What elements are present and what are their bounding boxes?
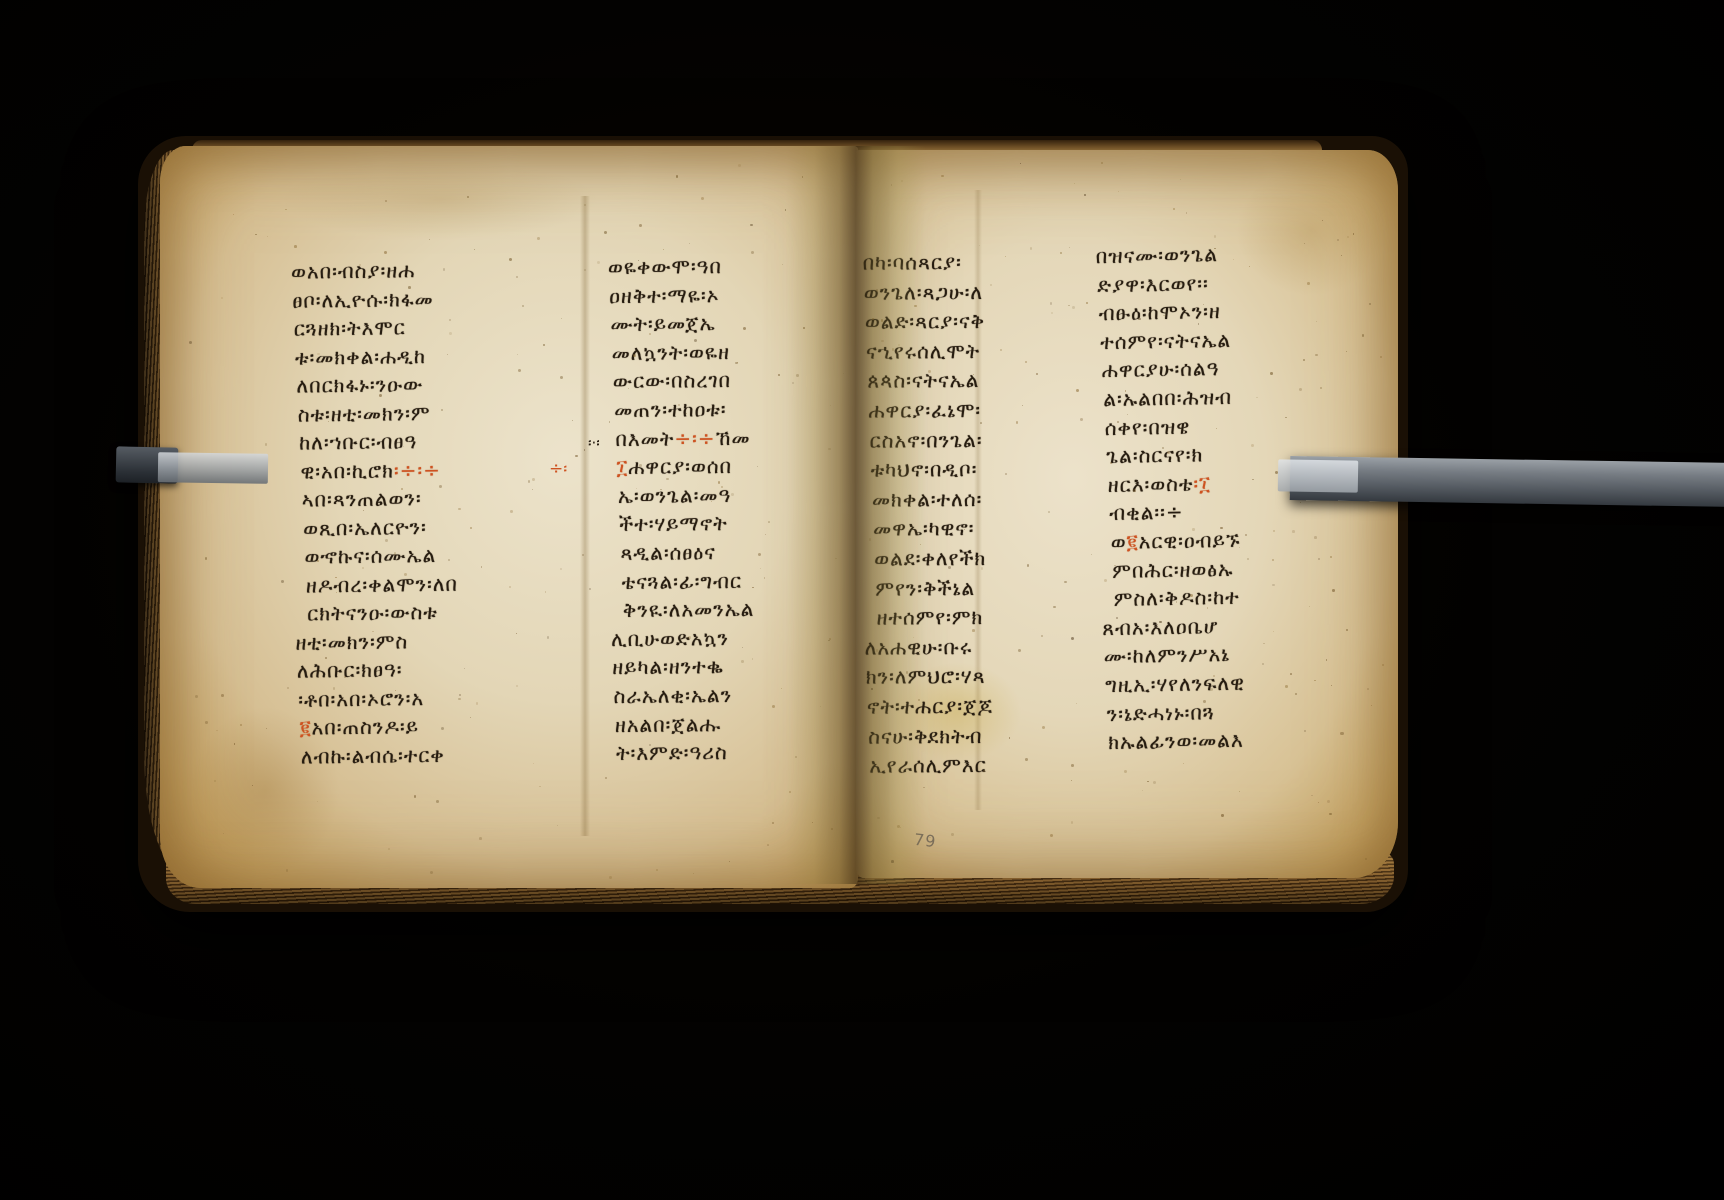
parchment-speck — [738, 164, 741, 167]
black-ink-segment: ግዚኢ፡ሃየለንፍለዊ — [1105, 671, 1245, 697]
parchment-speck — [663, 249, 664, 250]
black-ink-segment: ዘዶብረ፡ቀልሞን፡ለበ — [306, 571, 458, 597]
black-ink-segment: ድያዋ፡እርወየ፡፡ — [1097, 271, 1209, 297]
parchment-speck — [1101, 162, 1103, 164]
parchment-speck — [233, 214, 234, 215]
text-line: ስቱ፡ዘቲ፡መክን፡ም — [298, 397, 568, 429]
black-ink-segment: ወጺበ፡ኤለርዮን፡ — [303, 515, 427, 541]
parchment-speck — [1084, 194, 1086, 196]
black-ink-segment: ጻዲል፡ሰፀዕና — [620, 540, 716, 565]
text-line: ስራኤለቂ፡ኤልን — [614, 680, 854, 711]
black-ink-segment: ዘቲ፡መክን፡ምስ — [295, 629, 408, 654]
black-ink-segment: ርክትናንዑ፡ውስቱ — [307, 600, 438, 626]
parchment-speck — [221, 297, 223, 299]
text-line: ቱ፡መክቀል፡ሐዲከ — [295, 340, 565, 372]
black-ink-segment: ብፁዕ፡ከሞኦን፡ዘ — [1099, 299, 1221, 325]
black-ink-segment: ኖት፡ተሐርያ፡ጀጆ — [867, 694, 993, 719]
text-line: ን፡ኔድሓነኑ፡በጓ — [1107, 695, 1347, 728]
parchment-speck — [605, 777, 608, 780]
parchment-speck — [384, 251, 387, 254]
parchment-speck — [286, 869, 289, 872]
parchment-speck — [414, 795, 417, 798]
parchment-speck — [1347, 236, 1349, 238]
parchment-speck — [729, 861, 730, 862]
rubric-red-segment: ÷፡÷ — [674, 426, 715, 450]
parchment-speck — [785, 209, 787, 211]
black-ink-segment: ሊቢሁወድአኳን — [611, 626, 729, 651]
black-ink-segment: ኤ፡ወንጌል፡መዓ — [618, 483, 732, 508]
black-ink-segment: ን፡ኔድሓነኑ፡በጓ — [1107, 700, 1215, 726]
parchment-speck — [189, 341, 192, 344]
parchment-speck — [877, 817, 880, 820]
parchment-speck — [693, 873, 694, 874]
parchment-speck — [221, 694, 224, 697]
parchment-speck — [689, 243, 690, 244]
parchment-speck — [575, 455, 578, 458]
parchment-speck — [266, 728, 267, 729]
black-ink-segment: ጌል፡ስርናየ፡ክ — [1106, 443, 1203, 469]
parchment-speck — [1118, 191, 1119, 192]
parchment-speck — [979, 245, 981, 247]
text-line: ዘተሰምየ፡ምክ — [876, 602, 1116, 633]
black-ink-segment: ናኂየሩሰሊሞት — [866, 339, 980, 364]
rubric-red-segment: ፪ — [1126, 529, 1138, 553]
parchment-speck — [429, 239, 431, 241]
text-line: ምየን፡ቅችኔል — [875, 573, 1115, 604]
text-line: ናኂየሩሰሊሞት — [866, 336, 1106, 367]
black-ink-segment: ሐዋርያሁ፡ሰልዓ — [1102, 356, 1220, 382]
black-ink-segment: ዘርእ፡ወስቴ — [1108, 471, 1194, 496]
text-line: ስናሁ፡ቅደክትብ — [868, 721, 1108, 752]
text-line: ፲ሐዋርያ፡ወሰበ — [617, 451, 857, 482]
right-page-column-1: በካ፡ባሰጻርያ፡ወንጌለ፡ጻጋሁ፡ለወልድ፡ጻርያ፡ናቅናኂየሩሰሊሞትጰጳስ… — [869, 247, 1112, 781]
text-line: ሙ፡ከለምንሥአኔ — [1104, 638, 1344, 671]
text-line: ወጺበ፡ኤለርዮን፡ — [303, 511, 573, 543]
text-line: ዘይካል፡ዘንተቈ — [612, 651, 852, 682]
parchment-speck — [802, 176, 804, 178]
parchment-speck — [891, 860, 894, 863]
text-line: ት፡እምድ፡ዓሪስ — [616, 737, 856, 768]
parchment-speck — [436, 800, 439, 803]
black-ink-segment: ምበሕር፡ዘወፅኡ — [1112, 556, 1234, 582]
black-ink-segment: አበ፡ጠስንዶ፡ይ — [311, 714, 419, 739]
black-ink-segment: ሰቀየ፡በዝዌ — [1105, 414, 1191, 439]
text-line: ፀቦ፡ለኢዮሱ፡ክፋመ — [292, 283, 562, 315]
black-ink-segment: ወዬቀውሞ፡ዓበ — [608, 254, 722, 279]
text-line: ኖት፡ተሐርያ፡ጀጆ — [867, 691, 1107, 722]
black-ink-segment: ሐዋርያ፡ፈኔሞ፡ — [868, 398, 981, 423]
parchment-speck — [385, 200, 387, 202]
rubric-red-segment: ፡፲ — [1193, 471, 1211, 495]
black-ink-segment: ቅንዪ፡ለአመንኤል — [623, 597, 755, 622]
parchment-speck — [216, 730, 218, 732]
black-ink-segment: ል፡ኡልበበ፡ሕዝብ — [1103, 385, 1232, 411]
black-ink-segment: ርጓዘክ፡ትእሞር — [294, 315, 406, 340]
parchment-speck — [1311, 795, 1313, 797]
black-ink-segment: ተሰምየ፡ናትናኤል — [1100, 328, 1231, 354]
parchment-speck — [941, 175, 943, 177]
text-line: በዝናሙ፡ወንጌል — [1096, 238, 1336, 271]
black-ink-segment: ጸብአ፡እለዐቤሆ — [1102, 614, 1219, 640]
parchment-speck — [582, 554, 584, 556]
black-ink-segment: ስራኤለቂ፡ኤልን — [614, 683, 733, 708]
parchment-speck — [537, 237, 540, 240]
text-line: መለኳንት፡ወዬዘ — [612, 337, 852, 368]
parchment-speck — [639, 224, 642, 227]
text-line: መጠን፡ተከዐቱ፡ — [614, 394, 854, 425]
parchment-speck — [1369, 303, 1371, 305]
text-line: ዐዘቅተ፡ማዬ፡ኦ — [609, 280, 849, 311]
parchment-speck — [584, 449, 585, 450]
text-line: ለሕቡር፡ክፀዓ፡ — [297, 653, 567, 685]
photo-black-background: ወአበ፡ብስያ፡ዘሐፀቦ፡ለኢዮሱ፡ክፋመርጓዘክ፡ትእሞርቱ፡መክቀል፡ሐዲከ… — [0, 0, 1724, 1200]
parchment-speck — [767, 844, 769, 846]
parchment-speck — [265, 443, 268, 446]
parchment-speck — [1020, 163, 1022, 165]
black-ink-segment: ለበርክፋኑ፡ንዑው — [296, 372, 423, 398]
parchment-speck — [1173, 208, 1175, 210]
black-ink-segment: ወ — [1111, 530, 1127, 554]
black-ink-segment: ለሕቡር፡ክፀዓ፡ — [297, 657, 403, 682]
parchment-speck — [604, 231, 607, 234]
parchment-speck — [891, 184, 892, 185]
parchment-speck — [584, 204, 586, 206]
parchment-speck — [1382, 664, 1384, 666]
text-line: ቱካህኖ፡በዲቦ፡ — [871, 455, 1111, 486]
black-ink-segment: ሐዋርያ፡ወሰበ — [628, 454, 732, 479]
parchment-speck — [195, 695, 198, 698]
text-line: ውርው፡በስረገበ — [613, 365, 853, 396]
text-line: ዘዶብረ፡ቀልሞን፡ለበ — [306, 568, 576, 600]
black-ink-segment: ፡ቶበ፡አበ፡ኦሮን፡አ — [298, 686, 424, 712]
parchment-speck — [597, 261, 600, 264]
rubric-red-segment: ፪ — [299, 716, 311, 740]
parchment-speck — [589, 588, 591, 590]
text-line: ቅንዪ፡ለአመንኤል — [623, 594, 858, 625]
text-line: ወዬቀውሞ፡ዓበ — [608, 251, 848, 282]
text-line: ርጓዘክ፡ትእሞር — [294, 311, 564, 343]
right-cradle-clamp-tip — [1278, 459, 1358, 492]
text-line: ከለ፡ኀቡር፡ብፀዓ — [299, 425, 569, 457]
parchment-speck — [1153, 781, 1156, 784]
text-line: ወንጌለ፡ጻጋሁ፡ለ — [864, 277, 1104, 308]
parchment-speck — [1329, 813, 1331, 815]
parchment-speck — [1147, 781, 1149, 783]
parchment-speck — [1380, 356, 1382, 358]
page-crease — [580, 196, 590, 836]
parchment-speck — [609, 876, 612, 879]
text-line: ለብኩ፡ልብሴ፡ተርቀ — [301, 739, 571, 771]
black-ink-segment: ከለ፡ኀቡር፡ብፀዓ — [299, 429, 417, 454]
text-line: ሊቢሁወድአኳን — [611, 623, 851, 654]
rubric-red-segment: ፡÷፡÷ — [394, 457, 441, 482]
parchment-speck — [1221, 814, 1223, 816]
parchment-speck — [923, 787, 924, 788]
text-line: ኢየራሰሊምእር — [869, 750, 1109, 781]
parchment-speck — [1367, 688, 1369, 690]
parchment-speck — [1371, 705, 1373, 707]
parchment-speck — [430, 871, 433, 874]
left-page-column-2: ወዬቀውሞ፡ዓበዐዘቅተ፡ማዬ፡ኦሙት፡ይመጀኤመለኳንት፡ወዬዘውርው፡በስረ… — [614, 251, 858, 768]
parchment-speck — [1365, 858, 1368, 861]
text-line: ወልድ፡ጻርያ፡ናቅ — [865, 307, 1105, 338]
parchment-speck — [294, 245, 297, 248]
text-line: ወ፪አርዊ፡ዐብይኙ — [1111, 524, 1351, 557]
black-ink-segment: ምየን፡ቅችኔል — [875, 576, 975, 601]
parchment-speck — [901, 180, 903, 182]
parchment-speck — [656, 869, 658, 871]
text-line: ክን፡ለምህሮ፡ሃጻ — [866, 662, 1106, 693]
black-ink-segment: መጠን፡ተከዐቱ፡ — [614, 397, 727, 422]
parchment-speck — [789, 791, 791, 793]
parchment-speck — [900, 827, 901, 828]
black-ink-segment: ዊ፡አበ፡ኪሮክ — [300, 458, 394, 483]
parchment-speck — [772, 822, 774, 824]
black-ink-segment: ቴናጓል፡ፊ፡ግብር — [622, 568, 743, 593]
text-line: ክኡልፊንወ፡መልእ — [1108, 724, 1348, 757]
text-line: ችተ፡ሃይማኖት — [619, 508, 858, 539]
text-line: መክቀል፡ተለሰ፡ — [872, 484, 1112, 515]
black-ink-segment: በእመት — [615, 426, 674, 451]
parchment-speck — [1074, 183, 1076, 185]
text-line: መዋኤ፡ካዊኖ፡ — [873, 514, 1113, 545]
parchment-speck — [240, 724, 242, 726]
black-ink-segment: አርዊ፡ዐብይኙ — [1138, 528, 1240, 554]
black-ink-segment: ወንጌለ፡ጻጋሁ፡ለ — [864, 280, 983, 305]
black-ink-segment: መዋኤ፡ካዊኖ፡ — [873, 516, 975, 541]
text-line: ምበሕር፡ዘወፅኡ — [1112, 552, 1352, 585]
black-ink-segment: ኸመ — [715, 425, 750, 449]
text-line: ግዚኢ፡ሃየለንፍለዊ — [1105, 667, 1345, 700]
text-line: በእመት÷፡÷ኸመ — [615, 423, 855, 454]
text-line: ምስለ፡ቅዶስ፡ከተ — [1114, 581, 1354, 614]
black-ink-segment: ቱ፡መክቀል፡ሐዲከ — [295, 344, 426, 370]
parchment-speck — [223, 833, 225, 835]
pencil-folio-number: 79 — [913, 830, 937, 851]
right-parchment-page: በካ፡ባሰጻርያ፡ወንጌለ፡ጻጋሁ፡ለወልድ፡ጻርያ፡ናቅናኂየሩሰሊሞትጰጳስ… — [856, 150, 1398, 878]
text-line: ወአበ፡ብስያ፡ዘሐ — [291, 254, 561, 286]
left-parchment-page: ወአበ፡ብስያ፡ዘሐፀቦ፡ለኢዮሱ፡ክፋመርጓዘክ፡ትእሞርቱ፡መክቀል፡ሐዲከ… — [160, 146, 858, 888]
parchment-speck — [1239, 791, 1240, 792]
black-ink-segment: ብቂል፡፡÷ — [1109, 500, 1184, 525]
parchment-speck — [285, 209, 287, 211]
black-ink-segment: ወልደ፡ቀለየችክ — [874, 546, 986, 571]
black-ink-segment: ፀቦ፡ለኢዮሱ፡ክፋመ — [292, 287, 434, 313]
left-cradle-clamp-blade — [158, 452, 268, 484]
parchment-speck — [287, 687, 289, 689]
text-line: ጸብአ፡እለዐቤሆ — [1102, 610, 1342, 643]
black-ink-segment: ክን፡ለምህሮ፡ሃጻ — [866, 664, 986, 689]
text-line: ቴናጓል፡ፊ፡ግብር — [622, 565, 858, 596]
text-line: ርክትናንዑ፡ውስቱ — [307, 596, 577, 628]
black-ink-segment: ዘአልበ፡ጀልሑ — [615, 712, 722, 737]
black-ink-segment: ስቱ፡ዘቲ፡መክን፡ም — [298, 401, 431, 427]
parchment-speck — [539, 786, 541, 788]
black-ink-segment: ርስአኖ፡በንጌል፡ — [870, 428, 983, 453]
black-ink-segment: መለኳንት፡ወዬዘ — [612, 340, 731, 365]
parchment-speck — [951, 833, 954, 836]
parchment-speck — [557, 825, 558, 826]
text-line: ል፡ኡልበበ፡ሕዝብ — [1103, 381, 1343, 414]
marginal-mark-red-rubric: ÷፡ — [549, 459, 567, 479]
parchment-speck — [474, 249, 475, 250]
text-line: ጰጳስ፡ናትናኤል — [867, 366, 1107, 397]
parchment-speck — [1071, 821, 1073, 823]
parchment-speck — [750, 224, 753, 227]
text-line: ወልደ፡ቀለየችክ — [874, 543, 1114, 574]
parchment-speck — [205, 721, 208, 724]
black-ink-segment: ውርው፡በስረገበ — [613, 368, 731, 393]
black-ink-segment: ኣበ፡ጻንጠልወን፡ — [302, 486, 422, 511]
parchment-speck — [1327, 800, 1330, 803]
text-line: ሐዋርያ፡ፈኔሞ፡ — [868, 395, 1108, 426]
black-ink-segment: ቱካህኖ፡በዲቦ፡ — [871, 457, 978, 482]
parchment-speck — [584, 269, 586, 271]
black-ink-segment: ዘይካል፡ዘንተቈ — [612, 654, 724, 679]
parchment-speck — [1346, 351, 1347, 352]
black-ink-segment: ወኆኩና፡ሰሙኤል — [304, 543, 436, 569]
parchment-speck — [1180, 179, 1181, 180]
text-line: ኤ፡ወንጌል፡መዓ — [618, 480, 858, 511]
parchment-speck — [214, 780, 216, 782]
parchment-speck — [234, 743, 235, 744]
text-line: በካ፡ባሰጻርያ፡ — [863, 247, 1103, 278]
text-line: ኣበ፡ጻንጠልወን፡ — [302, 482, 572, 514]
parchment-speck — [812, 822, 813, 823]
text-line: ብፁዕ፡ከሞኦን፡ዘ — [1099, 295, 1339, 328]
parchment-speck — [205, 557, 208, 560]
black-ink-segment: ለብኩ፡ልብሴ፡ተርቀ — [301, 742, 445, 768]
parchment-speck — [1353, 233, 1355, 235]
text-line: ዘአልበ፡ጀልሑ — [615, 708, 855, 739]
text-line: ድያዋ፡እርወየ፡፡ — [1097, 267, 1337, 300]
black-ink-segment: መክቀል፡ተለሰ፡ — [872, 487, 983, 512]
text-line: ፪አበ፡ጠስንዶ፡ይ — [299, 710, 569, 742]
text-line: ለበርክፋኑ፡ንዑው — [296, 368, 566, 400]
text-line: ዘቲ፡መክን፡ምስ — [295, 625, 565, 657]
black-ink-segment: በዝናሙ፡ወንጌል — [1096, 242, 1219, 268]
text-line: ፡ቶበ፡አበ፡ኦሮን፡አ — [298, 682, 568, 714]
parchment-speck — [676, 175, 678, 177]
text-line: ሐዋርያሁ፡ሰልዓ — [1102, 352, 1342, 385]
rubric-red-segment: ፲ — [617, 455, 629, 479]
black-ink-segment: ጰጳስ፡ናትናኤል — [867, 368, 979, 393]
parchment-speck — [1142, 790, 1143, 791]
parchment-speck — [1362, 334, 1365, 337]
text-line: ሰቀየ፡በዝዌ — [1105, 409, 1345, 442]
parchment-speck — [831, 828, 833, 830]
text-line: ጻዲል፡ሰፀዕና — [620, 537, 858, 568]
parchment-speck — [255, 234, 257, 236]
parchment-speck — [897, 825, 900, 828]
black-ink-segment: ለአሐዊሁ፡ቡሩ — [865, 635, 973, 660]
black-ink-segment: በካ፡ባሰጻርያ፡ — [863, 250, 962, 275]
text-line: ተሰምየ፡ናትናኤል — [1100, 324, 1340, 357]
parchment-speck — [1214, 235, 1217, 238]
parchment-speck — [1318, 802, 1319, 803]
parchment-speck — [701, 197, 704, 200]
black-ink-segment: ት፡እምድ፡ዓሪስ — [616, 740, 728, 765]
parchment-speck — [1050, 834, 1053, 837]
text-line: ሙት፡ይመጀኤ — [610, 308, 850, 339]
parchment-speck — [609, 421, 611, 423]
marginal-mark-black: ፡·፡ — [588, 434, 600, 452]
black-ink-segment: ሙት፡ይመጀኤ — [610, 311, 715, 336]
parchment-speck — [1322, 220, 1324, 222]
parchment-speck — [479, 837, 482, 840]
text-line: ርስአኖ፡በንጌል፡ — [870, 425, 1110, 456]
black-ink-segment: ችተ፡ሃይማኖት — [619, 511, 728, 536]
text-line: ለአሐዊሁ፡ቡሩ — [865, 632, 1105, 663]
black-ink-segment: ስናሁ፡ቅደክትብ — [868, 724, 982, 749]
black-ink-segment: ምስለ፡ቅዶስ፡ከተ — [1114, 585, 1240, 611]
black-ink-segment: ዐዘቅተ፡ማዬ፡ኦ — [609, 283, 719, 308]
parchment-speck — [467, 196, 470, 199]
text-line: ወኆኩና፡ሰሙኤል — [304, 539, 574, 571]
parchment-speck — [267, 236, 269, 238]
parchment-speck — [1183, 763, 1184, 764]
parchment-speck — [1186, 212, 1188, 214]
text-line: ዊ፡አበ፡ኪሮክ፡÷፡÷ — [300, 454, 570, 486]
parchment-speck — [1124, 770, 1127, 773]
black-ink-segment: ሙ፡ከለምንሥአኔ — [1104, 642, 1231, 668]
parchment-speck — [572, 420, 573, 421]
parchment-speck — [388, 848, 390, 850]
black-ink-segment: ወልድ፡ጻርያ፡ናቅ — [865, 309, 985, 334]
black-ink-segment: ዘተሰምየ፡ምክ — [876, 605, 983, 630]
black-ink-segment: ክኡልፊንወ፡መልእ — [1108, 728, 1244, 754]
parchment-speck — [281, 580, 284, 583]
black-ink-segment: ወአበ፡ብስያ፡ዘሐ — [291, 258, 415, 284]
black-ink-segment: ኢየራሰሊምእር — [869, 753, 987, 778]
left-page-column-1: ወአበ፡ብስያ፡ዘሐፀቦ፡ለኢዮሱ፡ክፋመርጓዘክ፡ትእሞርቱ፡መክቀል፡ሐዲከ… — [297, 254, 573, 770]
parchment-stain — [280, 160, 600, 240]
parchment-speck — [317, 801, 319, 803]
parchment-speck — [252, 785, 253, 786]
